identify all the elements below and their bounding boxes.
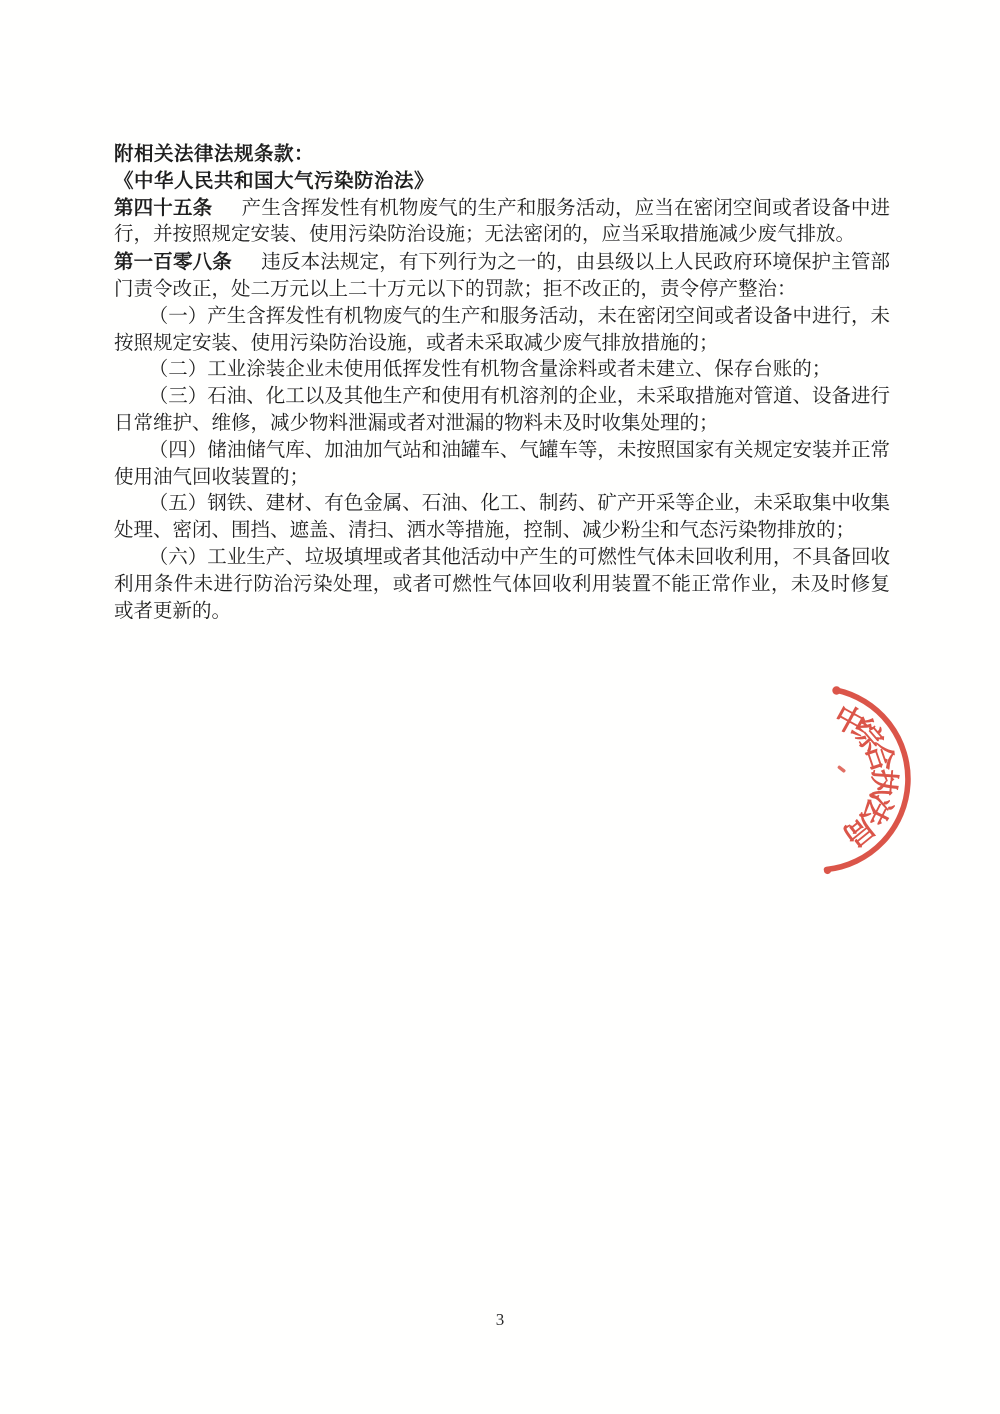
official-stamp: 中 综 合 执 法 局 xyxy=(687,649,947,909)
stamp-character: 综 xyxy=(845,713,891,759)
stamp-character: 执 xyxy=(865,767,900,799)
clause-item-3: （三）石油、化工以及其他生产和使用有机溶剂的企业，未采取措施对管道、设备进行日常… xyxy=(114,384,890,438)
stamp-speck xyxy=(837,765,846,773)
clause-item-5: （五）钢铁、建材、有色金属、石油、化工、制药、矿产开采等企业，未采取集中收集处理… xyxy=(114,491,890,545)
article-108-label: 第一百零八条 xyxy=(114,251,232,273)
article-45: 第四十五条产生含挥发性有机物废气的生产和服务活动，应当在密闭空间或者设备中进行，… xyxy=(114,195,890,250)
law-title: 《中华人民共和国大气污染防治法》 xyxy=(114,168,890,195)
stamp-character: 局 xyxy=(836,808,880,853)
clause-item-6: （六）工业生产、垃圾填埋或者其他活动中产生的可燃性气体未回收利用，不具备回收利用… xyxy=(114,545,890,625)
stamp-character: 中 xyxy=(828,700,870,743)
document-page: 附相关法律法规条款： 《中华人民共和国大气污染防治法》 第四十五条产生含挥发性有… xyxy=(0,0,1000,1414)
clause-item-4: （四）储油储气库、加油加气站和油罐车、气罐车等，未按照国家有关规定安装并正常使用… xyxy=(114,438,890,492)
article-108: 第一百零八条违反本法规定，有下列行为之一的，由县级以上人民政府环境保护主管部门责… xyxy=(114,249,890,304)
clause-item-2: （二）工业涂装企业未使用低挥发性有机物含量涂料或者未建立、保存台账的； xyxy=(114,357,890,384)
heading: 附相关法律法规条款： xyxy=(114,141,890,168)
stamp-ink-blob xyxy=(832,686,840,694)
stamp-arc xyxy=(827,690,908,870)
stamp-character: 法 xyxy=(854,788,897,831)
page-number: 3 xyxy=(0,1310,1000,1330)
document-body: 附相关法律法规条款： 《中华人民共和国大气污染防治法》 第四十五条产生含挥发性有… xyxy=(114,141,890,625)
article-45-label: 第四十五条 xyxy=(114,197,212,219)
clause-item-1: （一）产生含挥发性有机物废气的生产和服务活动，未在密闭空间或者设备中进行，未按照… xyxy=(114,304,890,358)
stamp-ink-blob xyxy=(824,867,831,874)
stamp-character: 合 xyxy=(859,738,900,777)
article-45-text: 产生含挥发性有机物废气的生产和服务活动，应当在密闭空间或者设备中进行，并按照规定… xyxy=(114,198,890,246)
